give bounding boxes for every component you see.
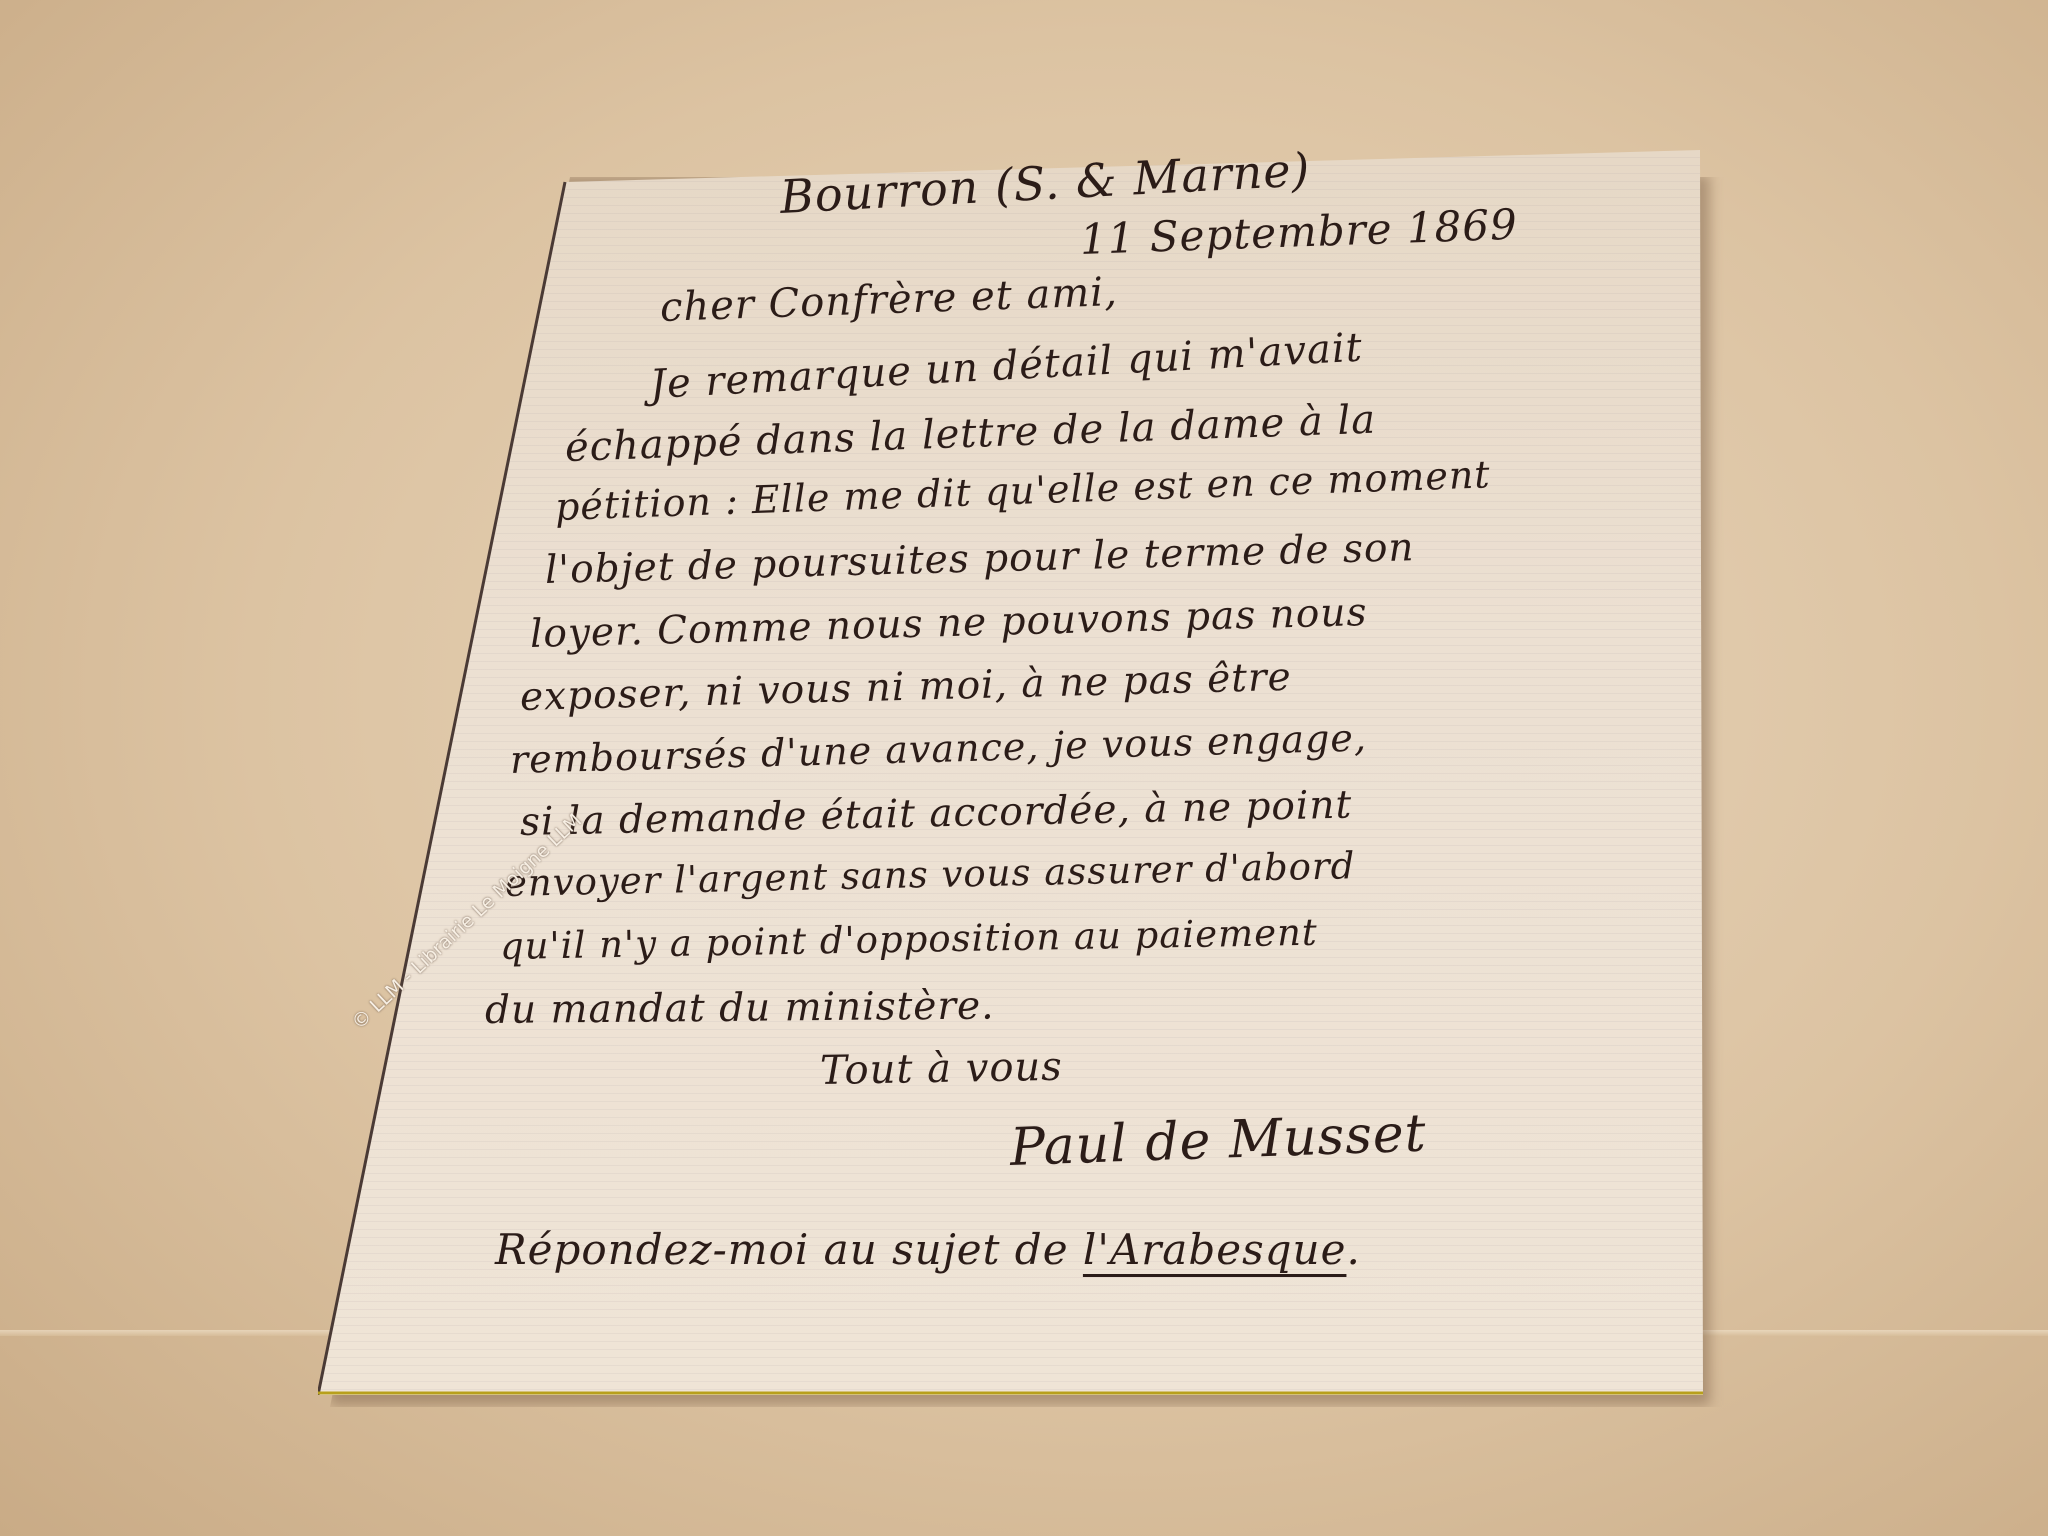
letter-postscript: Répondez-moi au sujet de l'Arabesque.	[495, 1225, 1361, 1274]
letter-body-line: du mandat du ministère.	[485, 984, 995, 1033]
letter-closing: Tout à vous	[820, 1044, 1064, 1094]
postscript-text: Répondez-moi au sujet de	[495, 1225, 1069, 1274]
postscript-end: .	[1346, 1225, 1360, 1274]
postscript-title: l'Arabesque	[1083, 1225, 1347, 1274]
